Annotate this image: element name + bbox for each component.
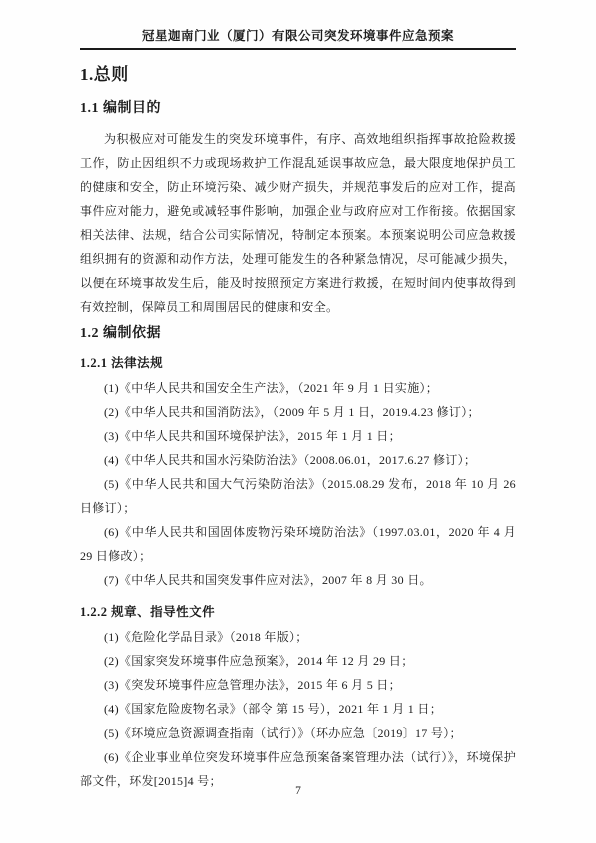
list-item: (6)《中华人民共和国固体废物污染环境防治法》（1997.03.01，2020 …: [80, 520, 516, 568]
list-item: (3)《突发环境事件应急管理办法》，2015 年 6 月 5 日；: [80, 673, 516, 697]
laws-regulations-list: (1)《中华人民共和国安全生产法》，（2021 年 9 月 1 日实施）； (2…: [80, 376, 516, 592]
list-item: (5)《中华人民共和国大气污染防治法》（2015.08.29 发布，2018 年…: [80, 472, 516, 520]
list-item: (7)《中华人民共和国突发事件应对法》，2007 年 8 月 30 日。: [80, 568, 516, 592]
list-item: (2)《国家突发环境事件应急预案》，2014 年 12 月 29 日；: [80, 649, 516, 673]
list-item: (4)《中华人民共和国水污染防治法》（2008.06.01，2017.6.27 …: [80, 448, 516, 472]
paragraph-compilation-purpose: 为积极应对可能发生的突发环境事件，有序、高效地组织指挥事故抢险救援工作，防止因组…: [80, 127, 516, 319]
list-item: (3)《中华人民共和国环境保护法》，2015 年 1 月 1 日；: [80, 424, 516, 448]
subsubsection-title-laws-regulations: 1.2.1 法律法规: [80, 355, 516, 372]
list-item: (4)《国家危险废物名录》（部令 第 15 号），2021 年 1 月 1 日；: [80, 697, 516, 721]
subsubsection-title-rules-guidance-documents: 1.2.2 规章、指导性文件: [80, 604, 516, 621]
list-item: (5)《环境应急资源调查指南（试行）》（环办应急〔2019〕17 号）；: [80, 721, 516, 745]
subsection-title-compilation-basis: 1.2 编制依据: [80, 325, 516, 343]
subsection-title-compilation-purpose: 1.1 编制目的: [80, 100, 516, 118]
document-header-title: 冠星迦南门业（厦门）有限公司突发环境事件应急预案: [80, 28, 516, 50]
document-page: 冠星迦南门业（厦门）有限公司突发环境事件应急预案 1.总则 1.1 编制目的 为…: [0, 0, 596, 843]
page-number: 7: [0, 785, 596, 797]
rules-guidance-list: (1)《危险化学品目录》（2018 年版）； (2)《国家突发环境事件应急预案》…: [80, 625, 516, 793]
list-item: (2)《中华人民共和国消防法》，（2009 年 5 月 1 日，2019.4.2…: [80, 400, 516, 424]
list-item: (1)《中华人民共和国安全生产法》，（2021 年 9 月 1 日实施）；: [80, 376, 516, 400]
section-title-general-provisions: 1.总则: [80, 65, 516, 85]
list-item: (1)《危险化学品目录》（2018 年版）；: [80, 625, 516, 649]
